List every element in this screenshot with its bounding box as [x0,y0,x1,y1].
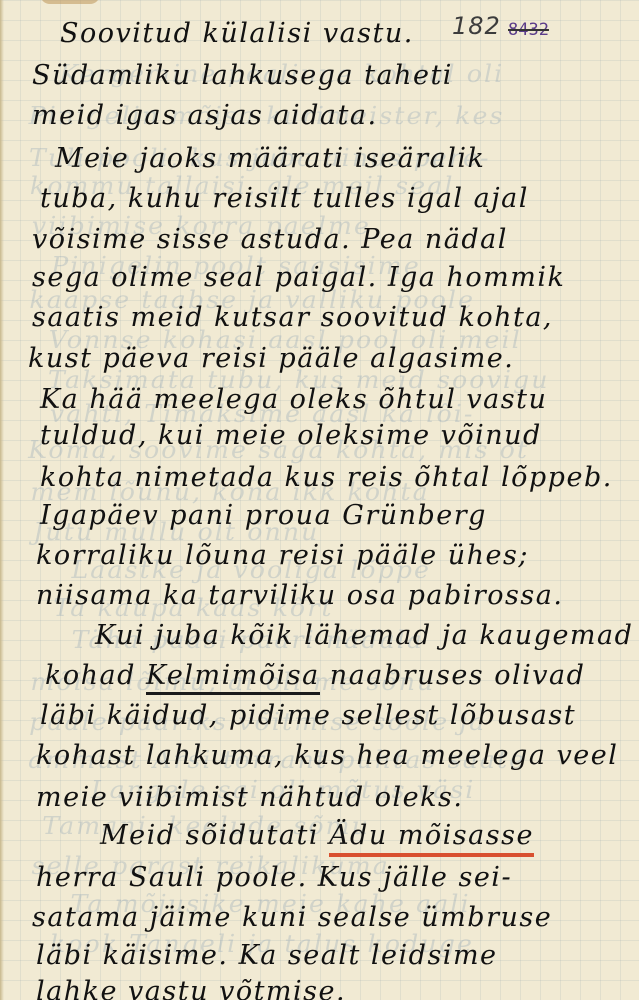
manuscript-line: sega olime seal paigal. Iga hommik [32,262,565,293]
manuscript-line: Südamliku lahkusega taheti [32,60,453,91]
manuscript-line: läbi käidud, pidime sellest lõbusast [40,700,576,731]
manuscript-line: tuldud, kui meie oleksime võinud [40,420,542,451]
manuscript-line: võisime sisse astuda. Pea nädal [32,224,508,255]
paper-edge [0,0,4,1000]
manuscript-line: herra Sauli poole. Kus jälle sei- [36,862,512,893]
manuscript-line: meie viibimist nähtud oleks. [36,782,463,813]
manuscript-line: tuba, kuhu reisilt tulles igal ajal [40,183,529,214]
manuscript-line: Igapäev pani proua Grünberg [40,500,487,531]
line-text: Meid sõidutati [100,820,329,851]
manuscript-line: kohta nimetada kus reis õhtal lõppeb. [40,462,613,493]
manuscript-line: läbi käisime. Ka sealt leidsime [36,940,498,971]
manuscript-line: lahke vastu võtmise. [36,976,346,1000]
manuscript-line: kohad Kelmimõisa naabruses olivad [45,660,585,691]
manuscript-line: Meid sõidutati Ädu mõisasse [100,820,534,851]
manuscript-line: Ka hää meelega oleks õhtul vastu [40,384,547,415]
red-underlined-place-name: Ädu mõisasse [329,820,534,857]
old-page-number-struck: 8432 [508,20,549,40]
manuscript-line: saatis meid kutsar soovitud kohta, [32,302,553,333]
manuscript-line: niisama ka tarviliku osa pabirossa. [36,580,563,611]
manuscript-line: kohast lahkuma, kus hea meelega veel [36,740,618,771]
manuscript-line: satama jäime kuni sealse ümbruse [32,902,552,933]
manuscript-line: Kui juba kõik lähemad ja kaugemad [95,620,633,651]
page-number: 182 [452,12,501,40]
manuscript-line: meid igas asjas aidata. [32,100,378,131]
tape-remnant [40,0,100,4]
manuscript-page: Kergemine pealinne kohtal oli Pinigelin … [0,0,639,1000]
manuscript-line: Meie jaoks määrati iseäralik [55,143,485,174]
manuscript-line: Soovitud külalisi vastu. [60,18,414,49]
manuscript-line: korraliku lõuna reisi pääle ühes; [36,540,529,571]
manuscript-line: kust päeva reisi pääle algasime. [28,343,514,374]
line-text: naabruses olivad [320,660,586,691]
line-text: kohad [45,660,146,691]
underlined-place-name: Kelmimõisa [146,660,320,695]
